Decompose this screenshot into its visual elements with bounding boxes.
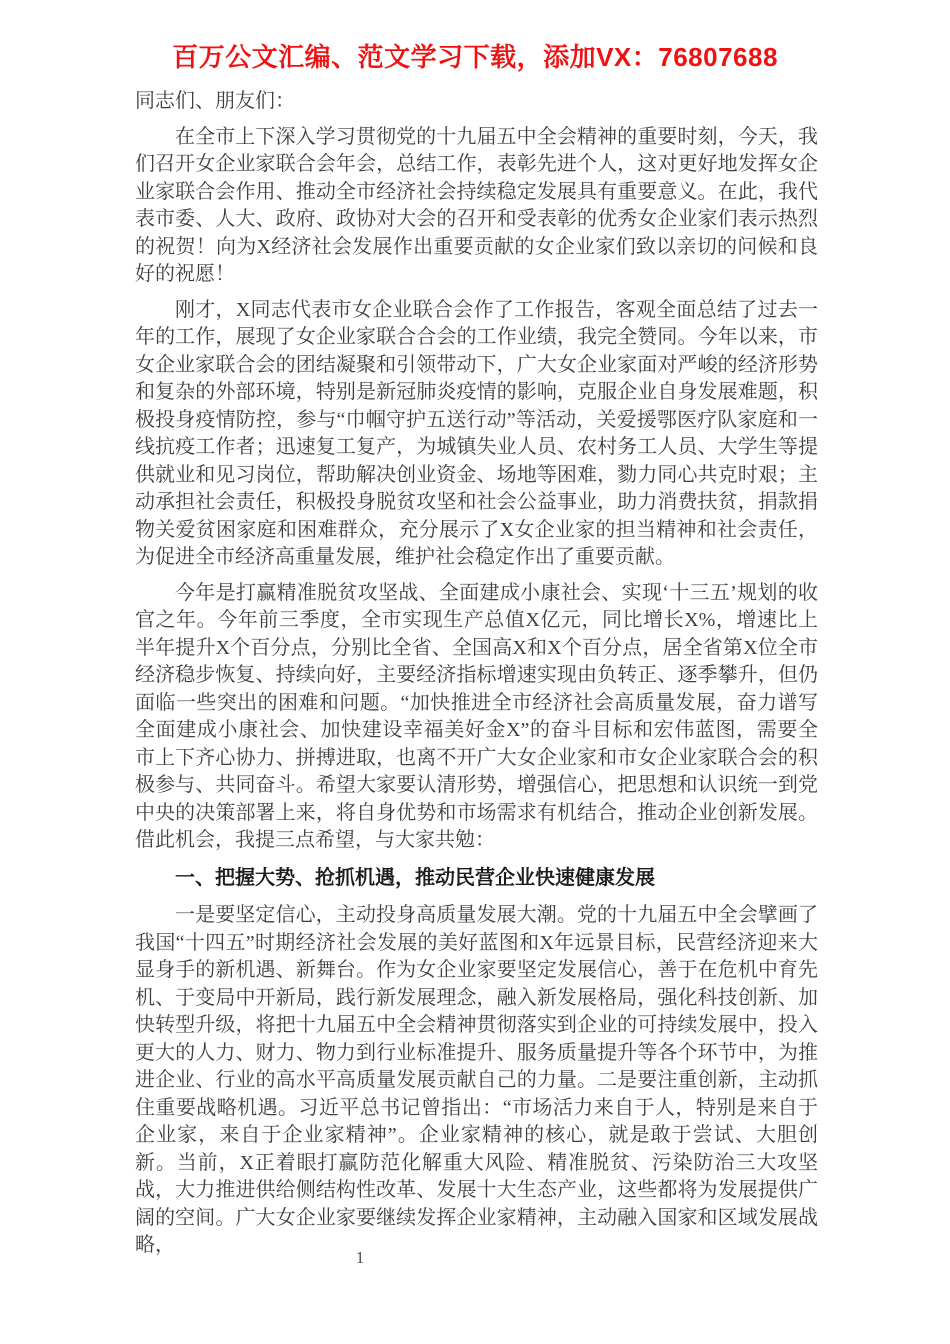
- paragraph-2: 刚才，X同志代表市女企业联合会作了工作报告，客观全面总结了过去一年的工作，展现了…: [135, 297, 818, 572]
- paragraph-4: 一是要坚定信心，主动投身高质量发展大潮。党的十九届五中全会擘画了我国“十四五”时…: [135, 902, 818, 1260]
- page-number: 1: [350, 1248, 370, 1268]
- document-body: 同志们、朋友们： 在全市上下深入学习贯彻党的十九届五中全会精神的重要时刻，今天，…: [135, 88, 818, 1268]
- section-heading-1: 一、把握大势、抢抓机遇，推动民营企业快速健康发展: [135, 865, 818, 893]
- promo-header-text: 百万公文汇编、范文学习下载，添加VX：76807688: [0, 42, 950, 72]
- paragraph-1: 在全市上下深入学习贯彻党的十九届五中全会精神的重要时刻，今天，我们召开女企业家联…: [135, 124, 818, 289]
- salutation: 同志们、朋友们：: [135, 88, 818, 116]
- document-page: 百万公文汇编、范文学习下载，添加VX：76807688 同志们、朋友们： 在全市…: [0, 0, 950, 1344]
- paragraph-3: 今年是打赢精准脱贫攻坚战、全面建成小康社会、实现‘十三五’规划的收官之年。今年前…: [135, 580, 818, 855]
